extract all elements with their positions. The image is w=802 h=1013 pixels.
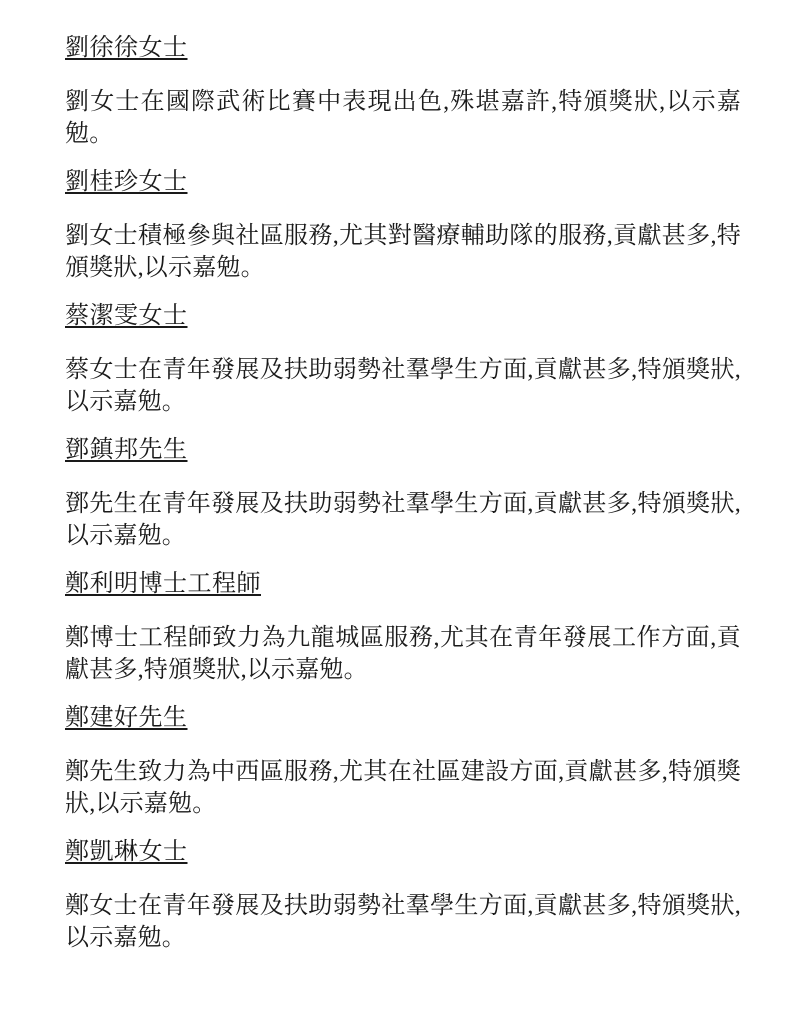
commendation-text: 劉女士積極參與社區服務,尤其對醫療輔助隊的服務,貢獻甚多,特頒獎狀,以示嘉勉。 bbox=[65, 220, 741, 284]
recipient-name: 劉桂珍女士 bbox=[65, 167, 741, 197]
commendation-text: 劉女士在國際武術比賽中表現出色,殊堪嘉許,特頒獎狀,以示嘉勉。 bbox=[65, 86, 741, 150]
recipient-name: 鄭凱琳女士 bbox=[65, 837, 741, 867]
commendation-text: 鄧先生在青年發展及扶助弱勢社羣學生方面,貢獻甚多,特頒獎狀,以示嘉勉。 bbox=[65, 488, 741, 552]
document-page: 劉徐徐女士 劉女士在國際武術比賽中表現出色,殊堪嘉許,特頒獎狀,以示嘉勉。 劉桂… bbox=[0, 0, 802, 1013]
commendation-entry: 劉徐徐女士 劉女士在國際武術比賽中表現出色,殊堪嘉許,特頒獎狀,以示嘉勉。 bbox=[65, 33, 741, 150]
recipient-name: 鄭建好先生 bbox=[65, 703, 741, 733]
commendation-text: 鄭女士在青年發展及扶助弱勢社羣學生方面,貢獻甚多,特頒獎狀,以示嘉勉。 bbox=[65, 890, 741, 954]
recipient-name: 鄧鎮邦先生 bbox=[65, 435, 741, 465]
commendation-entry: 鄭凱琳女士 鄭女士在青年發展及扶助弱勢社羣學生方面,貢獻甚多,特頒獎狀,以示嘉勉… bbox=[65, 837, 741, 954]
recipient-name: 鄭利明博士工程師 bbox=[65, 569, 741, 599]
commendation-entry: 蔡潔雯女士 蔡女士在青年發展及扶助弱勢社羣學生方面,貢獻甚多,特頒獎狀,以示嘉勉… bbox=[65, 301, 741, 418]
recipient-name: 蔡潔雯女士 bbox=[65, 301, 741, 331]
commendation-entry: 劉桂珍女士 劉女士積極參與社區服務,尤其對醫療輔助隊的服務,貢獻甚多,特頒獎狀,… bbox=[65, 167, 741, 284]
commendation-entry: 鄧鎮邦先生 鄧先生在青年發展及扶助弱勢社羣學生方面,貢獻甚多,特頒獎狀,以示嘉勉… bbox=[65, 435, 741, 552]
commendation-text: 蔡女士在青年發展及扶助弱勢社羣學生方面,貢獻甚多,特頒獎狀,以示嘉勉。 bbox=[65, 354, 741, 418]
commendation-text: 鄭先生致力為中西區服務,尤其在社區建設方面,貢獻甚多,特頒獎狀,以示嘉勉。 bbox=[65, 756, 741, 820]
commendation-text: 鄭博士工程師致力為九龍城區服務,尤其在青年發展工作方面,貢獻甚多,特頒獎狀,以示… bbox=[65, 622, 741, 686]
commendation-entry: 鄭利明博士工程師 鄭博士工程師致力為九龍城區服務,尤其在青年發展工作方面,貢獻甚… bbox=[65, 569, 741, 686]
recipient-name: 劉徐徐女士 bbox=[65, 33, 741, 63]
commendation-entry: 鄭建好先生 鄭先生致力為中西區服務,尤其在社區建設方面,貢獻甚多,特頒獎狀,以示… bbox=[65, 703, 741, 820]
